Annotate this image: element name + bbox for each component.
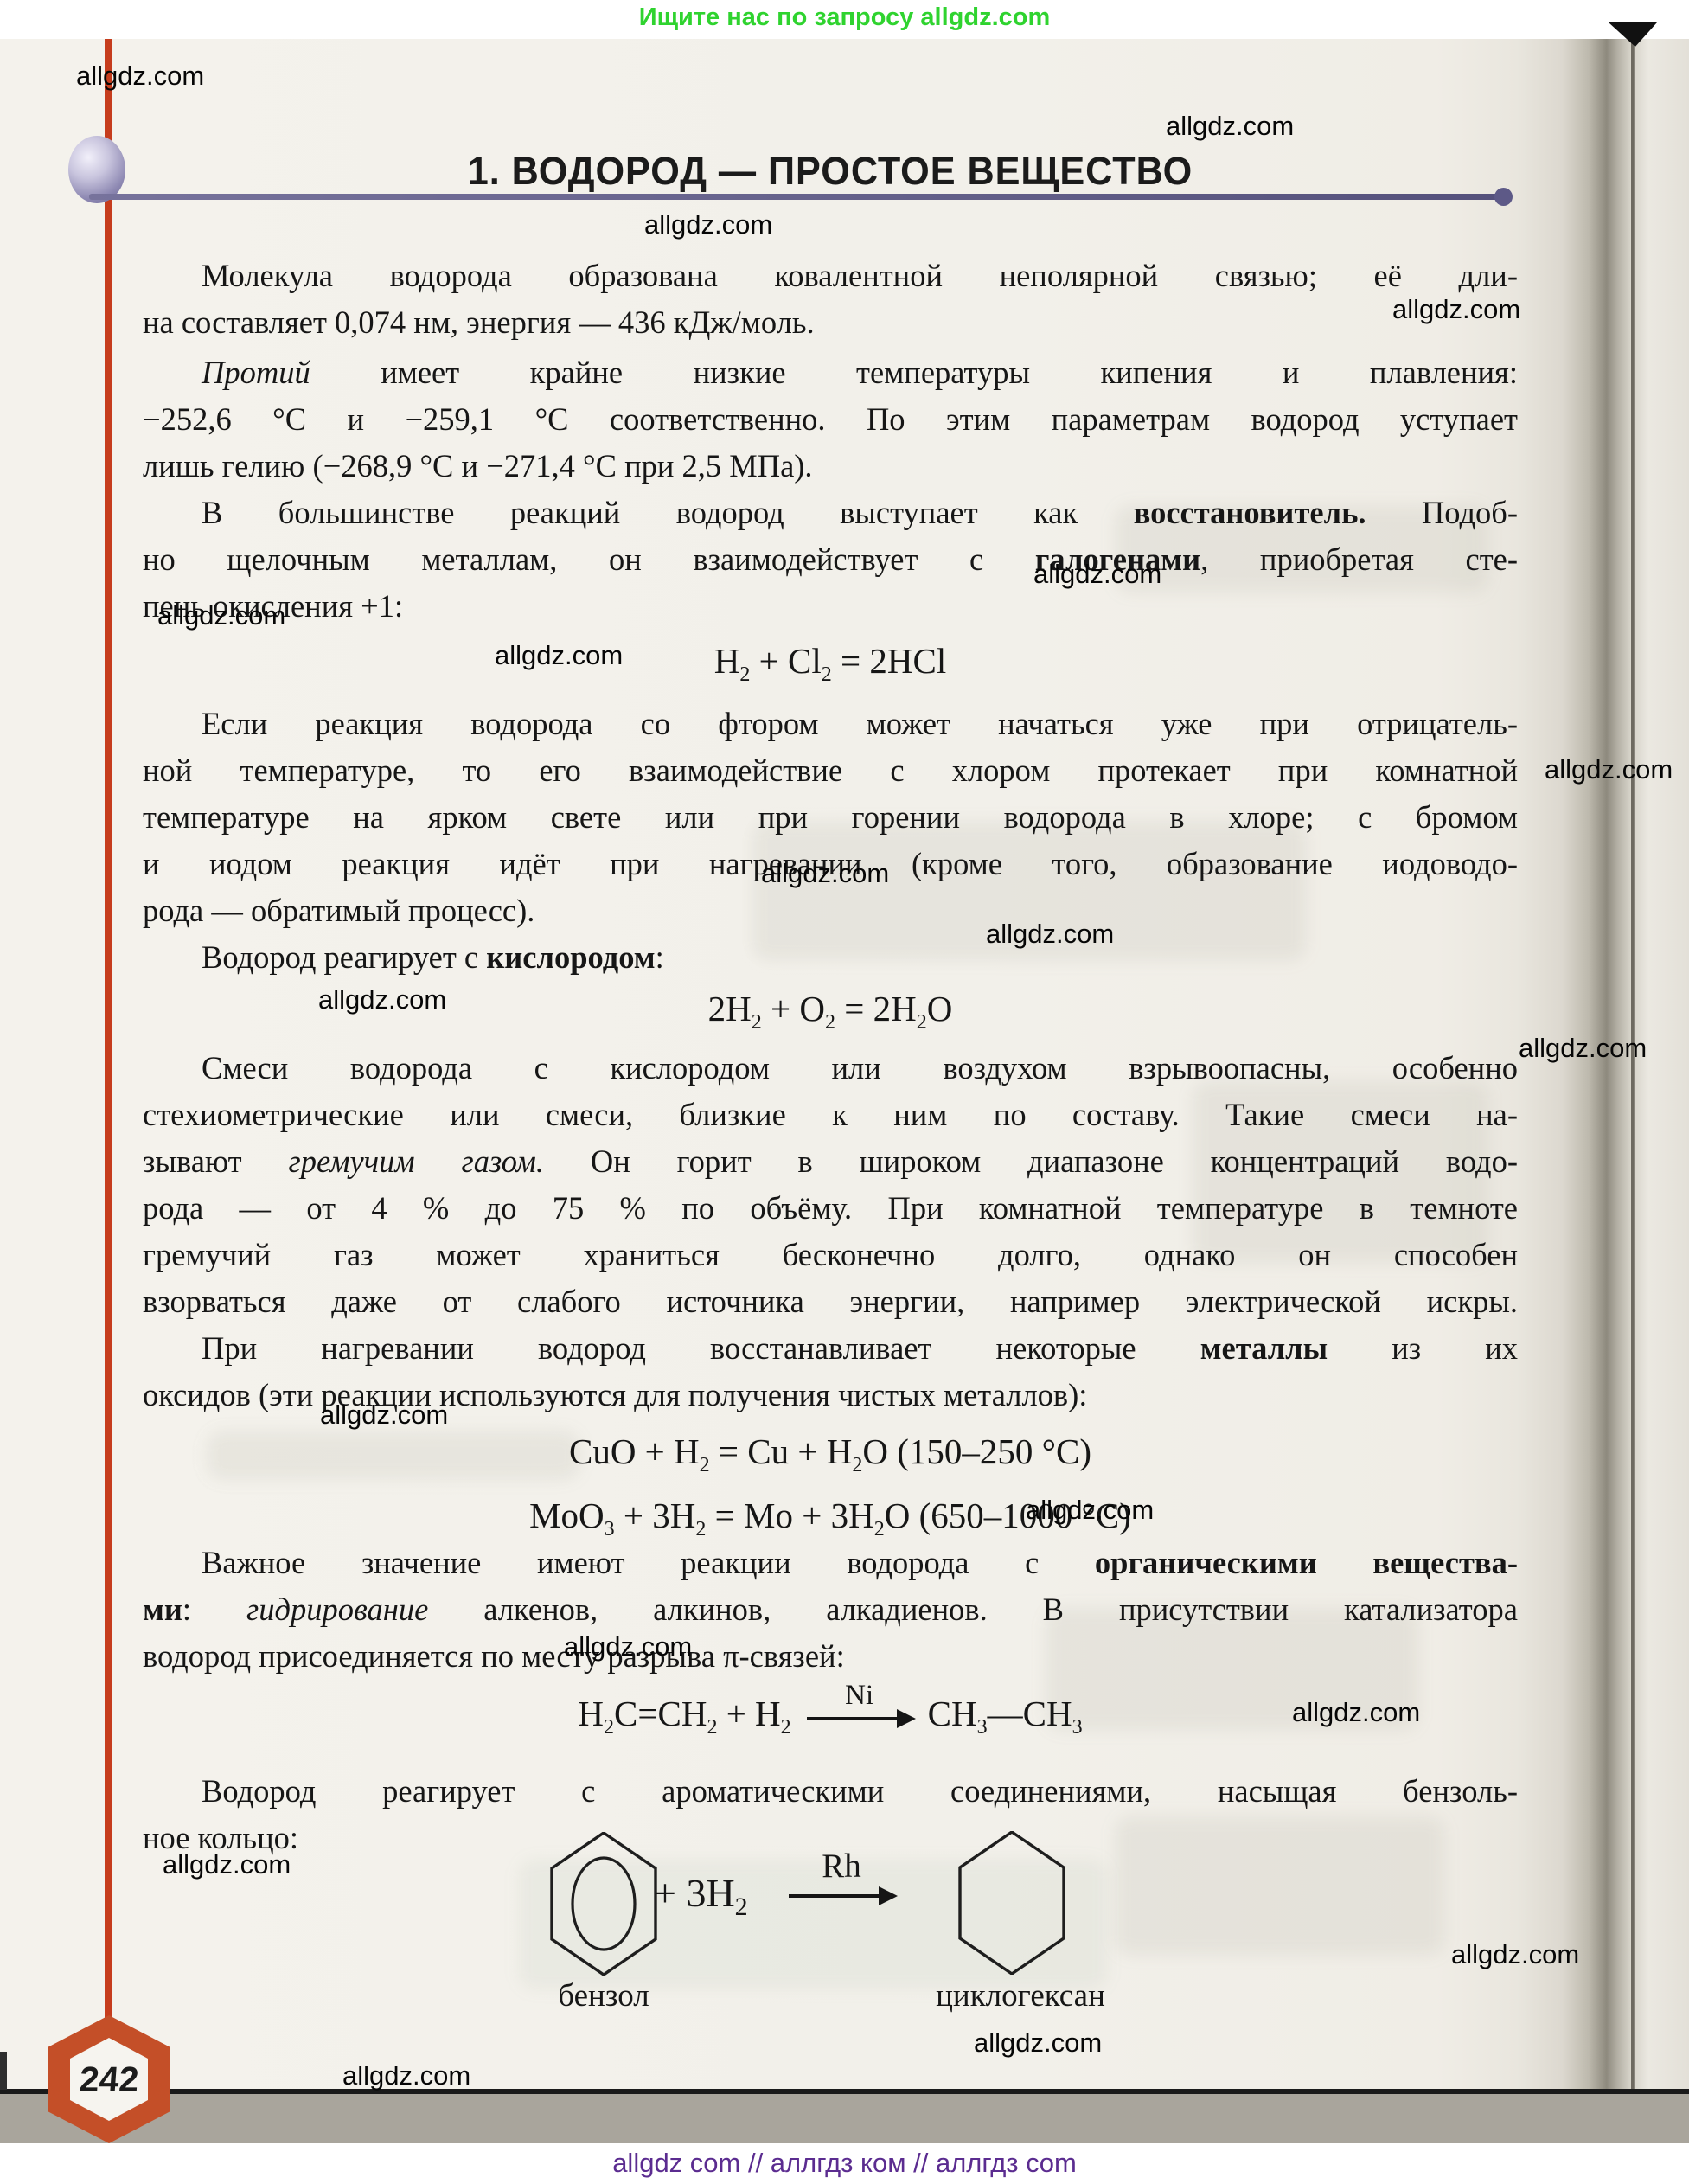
watermark-stamp: allgdz.com [644, 209, 772, 240]
body-line: Водород реагирует с ароматическими соеди… [143, 1768, 1518, 1815]
text-segment: Протий [202, 355, 310, 390]
formula-ethylene: H2C=CH2 + H2 [578, 1693, 790, 1734]
watermark-stamp: allgdz.com [1033, 559, 1161, 590]
watermark-stamp: allgdz.com [1392, 294, 1520, 325]
text-segment: зывают [143, 1143, 288, 1179]
text-segment: 2 [700, 1454, 710, 1476]
text-segment: Молекула водорода образована ковалентной… [202, 258, 1518, 293]
watermark-stamp: allgdz.com [986, 919, 1114, 950]
text-segment: + 3H [654, 1871, 735, 1915]
text-segment: = Cu + H [710, 1431, 853, 1471]
text-segment: Он горит в широком диапазоне концентраци… [544, 1143, 1518, 1179]
text-segment: органическими вещества- [1095, 1545, 1518, 1580]
text-segment: 2 [739, 663, 750, 686]
text-segment: 2 [695, 1518, 706, 1540]
reaction-arrow: Ni [807, 1681, 912, 1734]
text-segment: Важное значение имеют реакции водорода с [202, 1545, 1095, 1580]
watermark-stamp: allgdz.com [1166, 111, 1294, 142]
text-segment: = Mo + 3H [706, 1495, 873, 1535]
text-segment: оксидов (эти реакции используются для по… [143, 1377, 1087, 1412]
body-line: взорваться даже от слабого источника эне… [143, 1278, 1518, 1325]
watermark-stamp: allgdz.com [157, 600, 285, 631]
text-segment: При нагревании водород восстанавливает н… [202, 1330, 1200, 1366]
text-segment: + 3H [615, 1495, 696, 1535]
catalyst-label: Rh [822, 1849, 861, 1884]
paragraph: Протий имеет крайне низкие температуры к… [143, 349, 1518, 490]
cyclohexane-label: циклогексан [908, 1977, 1133, 2014]
text-segment: −252,6 °С и −259,1 °С соответственно. По… [143, 401, 1518, 437]
text-segment: MoO [529, 1495, 605, 1535]
text-segment: гидрирование [246, 1592, 428, 1627]
title-underline [89, 194, 1499, 200]
equation-hydrogen-chlorine: H2 + Cl2 = 2HCl [143, 637, 1518, 685]
text-segment: взорваться даже от слабого источника эне… [143, 1284, 1518, 1319]
text-segment: ной температуре, то его взаимодействие с… [143, 753, 1518, 788]
text-segment: + Cl [750, 641, 821, 681]
watermark-stamp: allgdz.com [342, 2060, 470, 2091]
watermark-stamp: allgdz.com [974, 2027, 1102, 2059]
text-segment: 2 [604, 1716, 614, 1739]
text-segment: O [927, 989, 953, 1028]
body-line: Важное значение имеют реакции водорода с… [143, 1540, 1518, 1586]
text-segment: : [656, 939, 664, 975]
watermark-stamp: allgdz.com [320, 1399, 448, 1431]
paragraph: Водород реагирует с кислородом: [143, 934, 1518, 981]
text-segment: 2H [708, 989, 752, 1028]
text-segment: металлы [1200, 1330, 1328, 1366]
scanned-textbook-page: Ищите нас по запросу allgdz.com 1. ВОДОР… [0, 0, 1689, 2184]
paragraph: Смеси водорода с кислородом или воздухом… [143, 1045, 1518, 1325]
text-segment: рода — обратимый процесс). [143, 893, 534, 928]
arrow-icon [807, 1717, 912, 1720]
benzene-label: бензол [515, 1977, 692, 2014]
text-segment: гремучий газ может храниться бесконечно … [143, 1237, 1518, 1272]
paragraph: В большинстве реакций водород выступает … [143, 490, 1518, 630]
text-segment: 2 [825, 1011, 835, 1034]
text-segment: стехиометрические или смеси, близкие к н… [143, 1097, 1518, 1132]
text-segment: CuO + H [569, 1431, 700, 1471]
text-segment: 2 [781, 1716, 791, 1739]
paragraph: Если реакция водорода со фтором может на… [143, 701, 1518, 934]
text-segment: 2 [752, 1011, 762, 1034]
body-line: пень окисления +1: [143, 583, 1518, 630]
cyclohexane-ring-icon [958, 1831, 1065, 1975]
text-segment: 3 [1072, 1716, 1083, 1739]
body-line: Протий имеет крайне низкие температуры к… [143, 349, 1518, 396]
paragraph: Важное значение имеют реакции водорода с… [143, 1540, 1518, 1680]
text-segment: Водород реагирует с [202, 939, 486, 975]
body-line: но щелочным металлам, он взаимодействует… [143, 536, 1518, 583]
text-segment: Водород реагирует с ароматическими соеди… [202, 1773, 1518, 1809]
text-segment: , приобретая сте- [1200, 541, 1518, 577]
watermark-stamp: allgdz.com [495, 640, 623, 671]
watermark-bottom-banner: allgdz com // аллгдз ком // аллгдз com [612, 2148, 1077, 2178]
watermark-stamp: allgdz.com [1451, 1939, 1579, 1970]
watermark-top-banner: Ищите нас по запросу allgdz.com [0, 3, 1689, 32]
body-line: рода — обратимый процесс). [143, 887, 1518, 934]
bottom-strip: allgdz com // аллгдз ком // аллгдз com [0, 2143, 1689, 2184]
page-number-badge-inner: 242 [70, 2038, 148, 2121]
text-segment: + O [762, 989, 825, 1028]
text-segment: 2 [917, 1011, 927, 1034]
watermark-stamp: allgdz.com [1519, 1033, 1647, 1064]
scan-edge-mark [0, 2052, 7, 2090]
reaction-arrow: Rh [789, 1849, 894, 1912]
body-line: гремучий газ может храниться бесконечно … [143, 1232, 1518, 1278]
body-line: температуре на ярком свете или при горен… [143, 794, 1518, 841]
text-segment: H [714, 641, 740, 681]
body-line: Молекула водорода образована ковалентной… [143, 253, 1518, 299]
watermark-stamp: allgdz.com [1545, 754, 1673, 785]
text-segment: : [182, 1592, 246, 1627]
text-segment: —CH [988, 1694, 1072, 1733]
equation-molybdenum-oxide-reduction: MoO3 + 3H2 = Mo + 3H2O (650–1000 °С) [143, 1491, 1518, 1540]
text-segment: гремучим газом. [288, 1143, 544, 1179]
watermark-stamp: allgdz.com [1292, 1697, 1420, 1728]
text-segment: Если реакция водорода со фтором может на… [202, 706, 1518, 741]
text-segment: C=CH [614, 1694, 707, 1733]
watermark-stamp: allgdz.com [1026, 1495, 1154, 1526]
plus-3h2-label: + 3H2 [654, 1870, 748, 1916]
margin-rule [105, 39, 112, 2018]
scanner-background [0, 2094, 1689, 2143]
text-segment: алкенов, алкинов, алкадиенов. В присутст… [428, 1592, 1518, 1627]
watermark-stamp: allgdz.com [761, 858, 889, 889]
body-line: лишь гелию (−268,9 °С и −271,4 °С при 2,… [143, 443, 1518, 490]
body-line: −252,6 °С и −259,1 °С соответственно. По… [143, 396, 1518, 443]
catalyst-label: Ni [845, 1681, 873, 1710]
text-segment: Подоб- [1366, 495, 1519, 530]
text-segment: 2 [735, 1893, 748, 1921]
adjacent-page-edge [1631, 39, 1689, 2089]
text-segment: имеет крайне низкие температуры кипения … [310, 355, 1518, 390]
text-segment: на составляет 0,074 нм, энергия — 436 кД… [143, 304, 815, 340]
body-line: Если реакция водорода со фтором может на… [143, 701, 1518, 747]
body-line: водород присоединяется по месту разрыва … [143, 1633, 1518, 1680]
body-line: на составляет 0,074 нм, энергия — 436 кД… [143, 299, 1518, 346]
arrow-icon [789, 1894, 894, 1898]
formula-ethane: CH3—CH3 [928, 1693, 1083, 1734]
text-segment: лишь гелию (−268,9 °С и −271,4 °С при 2,… [143, 448, 813, 484]
text-segment: ми [143, 1592, 182, 1627]
watermark-stamp: allgdz.com [564, 1631, 692, 1662]
title-underline-endcap [1494, 188, 1513, 206]
body-line: Смеси водорода с кислородом или воздухом… [143, 1045, 1518, 1092]
text-segment: = 2HCl [832, 641, 946, 681]
body-line: стехиометрические или смеси, близкие к н… [143, 1092, 1518, 1138]
text-segment: 2 [822, 663, 832, 686]
text-segment: Смеси водорода с кислородом или воздухом… [202, 1050, 1518, 1086]
text-segment: водород присоединяется по месту разрыва … [143, 1638, 845, 1674]
body-line: ми: гидрирование алкенов, алкинов, алкад… [143, 1586, 1518, 1633]
body-line: При нагревании водород восстанавливает н… [143, 1325, 1518, 1372]
text-segment: + H [717, 1694, 780, 1733]
text-segment: O (150–250 °С) [862, 1431, 1091, 1471]
body-line: ной температуре, то его взаимодействие с… [143, 747, 1518, 794]
paragraph: Молекула водорода образована ковалентной… [143, 253, 1518, 346]
text-segment: = 2H [835, 989, 917, 1028]
text-segment: 3 [977, 1716, 988, 1739]
text-segment: из их [1328, 1330, 1518, 1366]
text-segment: 2 [874, 1518, 885, 1540]
text-segment: восстановитель. [1134, 495, 1366, 530]
benzene-hydrogenation-diagram: + 3H2 Rh бензол циклогексан [484, 1816, 1176, 2024]
body-line: зывают гремучим газом. Он горит в широко… [143, 1138, 1518, 1185]
watermark-stamp: allgdz.com [76, 61, 204, 92]
body-line: рода — от 4 % до 75 % по объёму. При ком… [143, 1185, 1518, 1232]
text-segment: 3 [605, 1518, 615, 1540]
text-segment: рода — от 4 % до 75 % по объёму. При ком… [143, 1190, 1518, 1226]
section-title: 1. ВОДОРОД — ПРОСТОЕ ВЕЩЕСТВО [170, 149, 1490, 194]
equation-copper-oxide-reduction: CuO + H2 = Cu + H2O (150–250 °С) [143, 1427, 1518, 1476]
benzene-ring-icon [550, 1832, 657, 1976]
page-number: 242 [78, 2059, 140, 2100]
text-segment: 2 [707, 1716, 717, 1739]
body-line: В большинстве реакций водород выступает … [143, 490, 1518, 536]
text-segment: но щелочным металлам, он взаимодействует… [143, 541, 1035, 577]
body-line: Водород реагирует с кислородом: [143, 934, 1518, 981]
text-segment: CH [928, 1694, 977, 1733]
watermark-stamp: allgdz.com [318, 984, 446, 1015]
watermark-stamp: allgdz.com [163, 1849, 291, 1880]
text-segment: H [578, 1694, 604, 1733]
text-segment: 2 [852, 1454, 862, 1476]
text-segment: температуре на ярком свете или при горен… [143, 799, 1518, 835]
text-segment: кислородом [486, 939, 655, 975]
text-segment: В большинстве реакций водород выступает … [202, 495, 1134, 530]
